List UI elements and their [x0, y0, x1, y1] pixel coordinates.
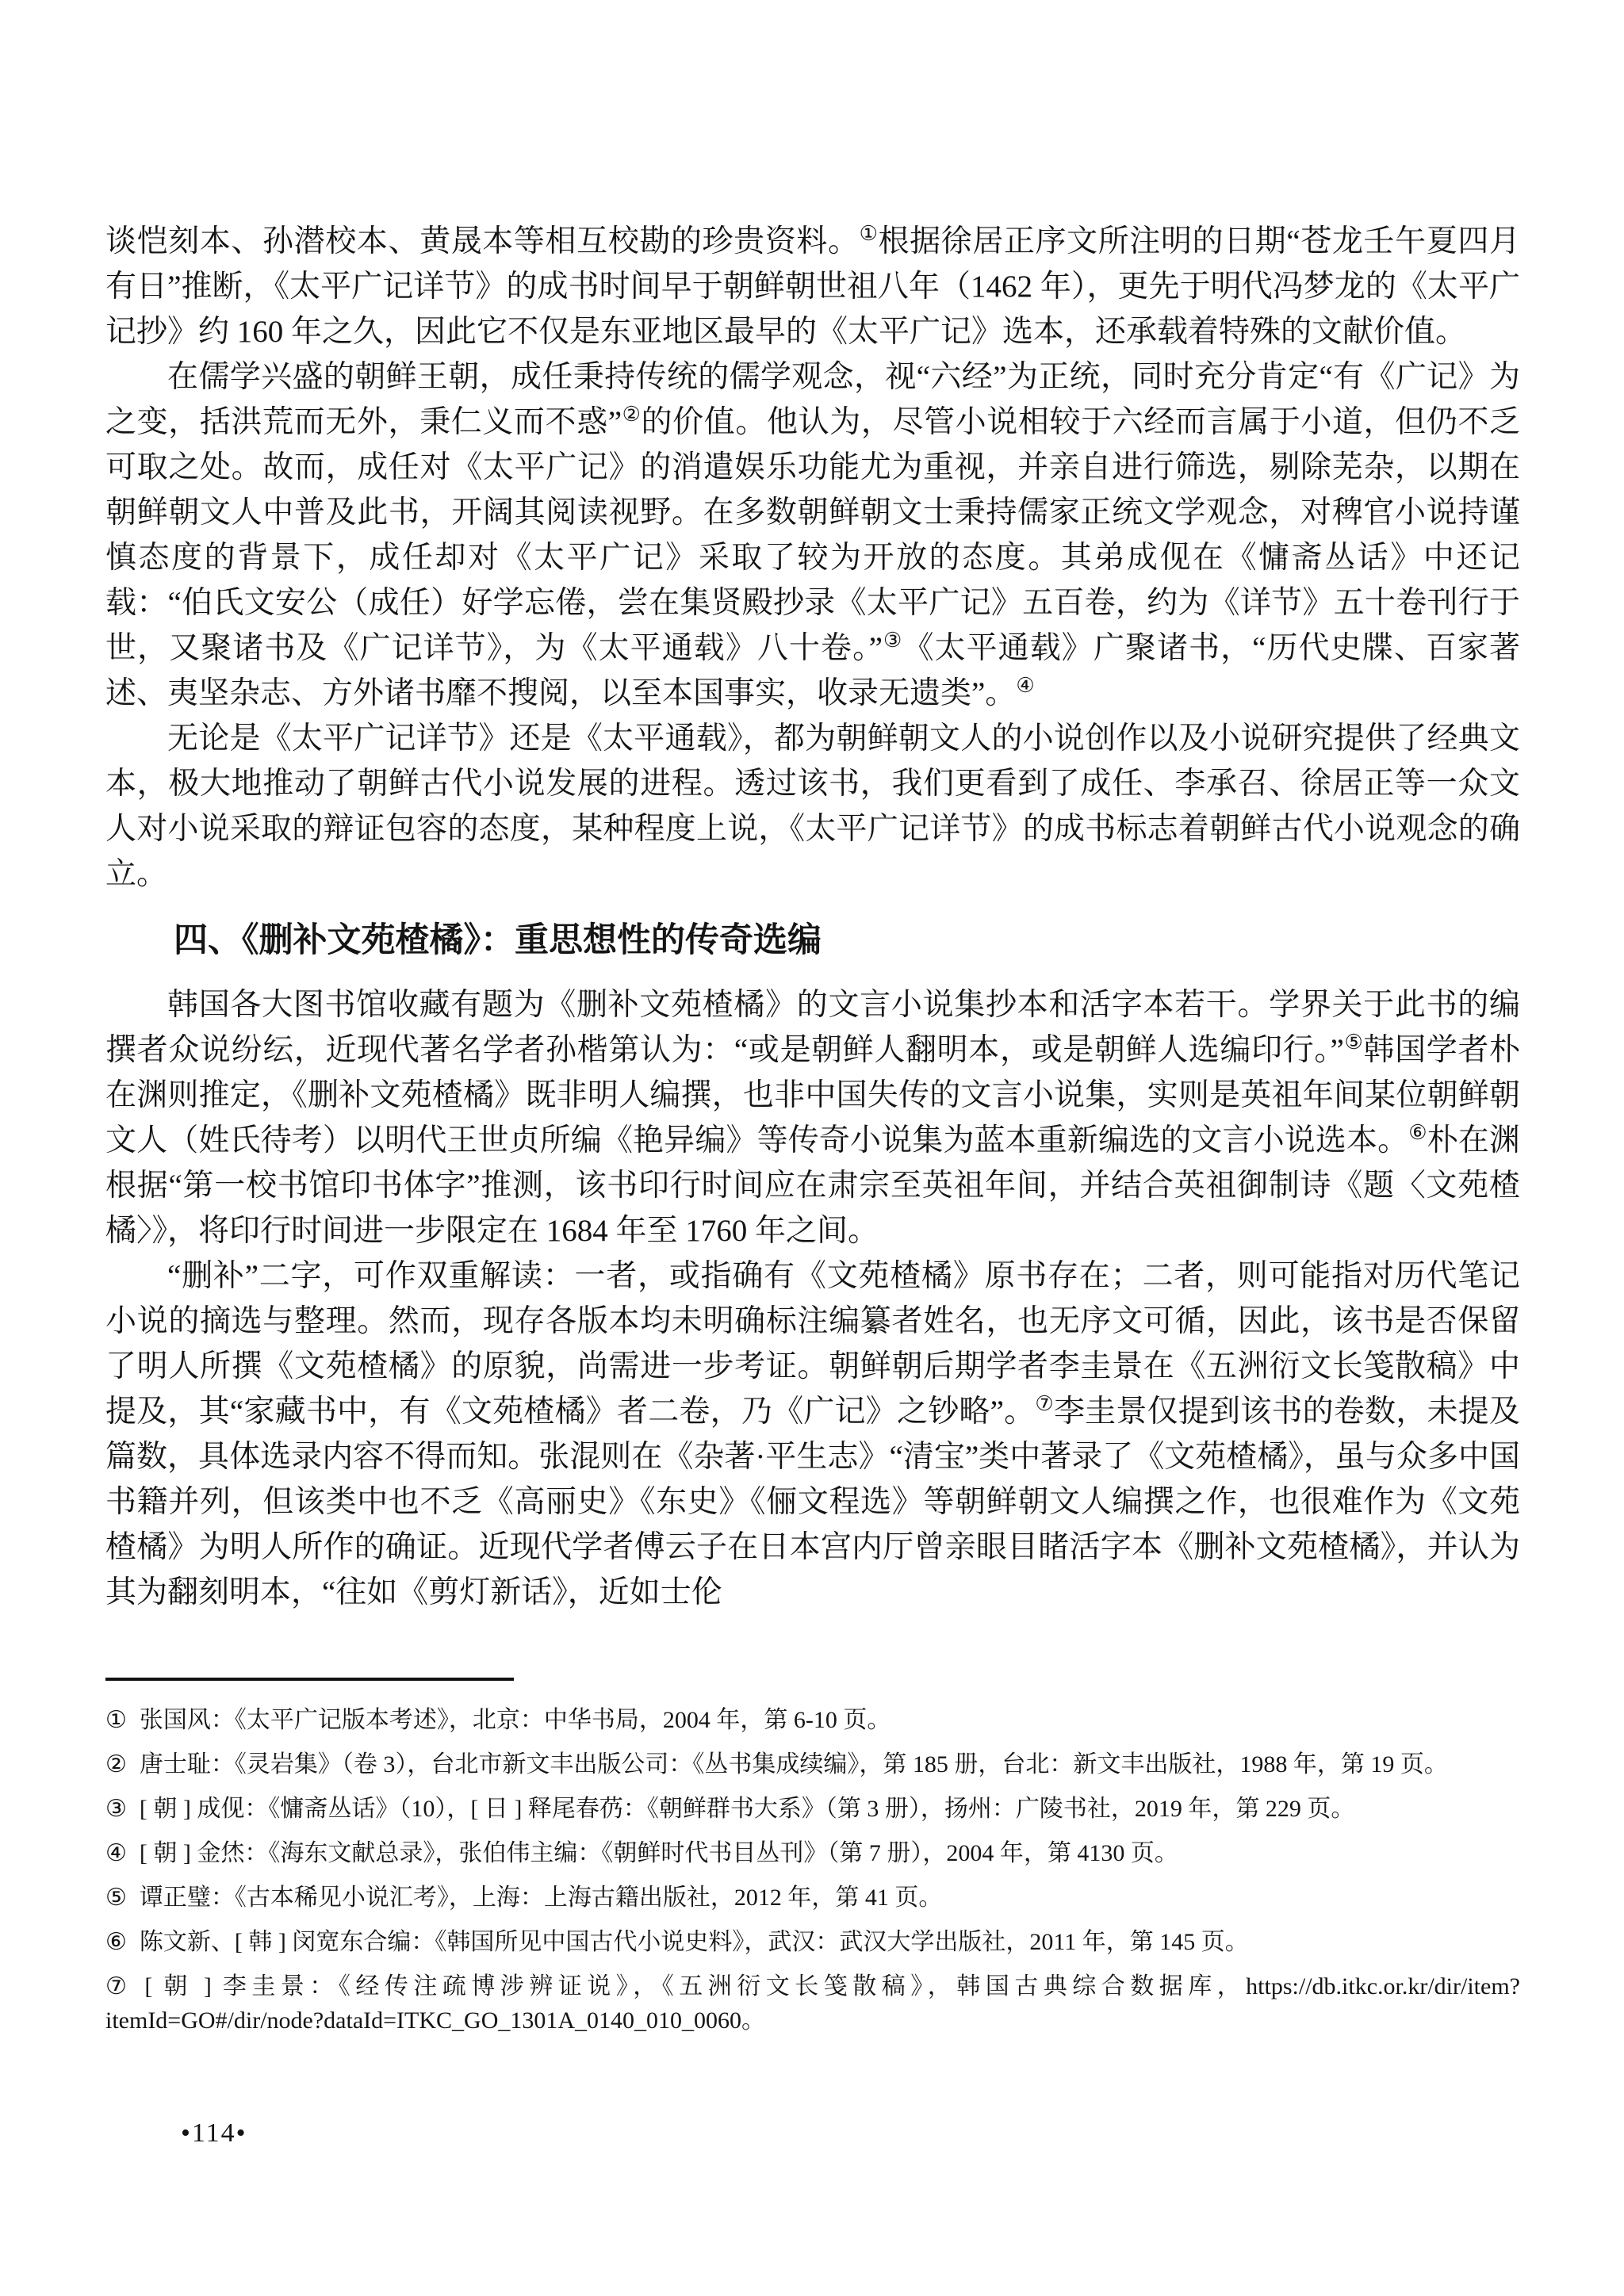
footnote-marker: ⑦ [105, 1973, 132, 1999]
footnote-item: ④[ 朝 ] 金烋：《海东文献总录》，张伯伟主编：《朝鲜时代书目丛刊》（第 7 … [105, 1836, 1520, 1870]
document-page: 谈恺刻本、孙潜校本、黄晟本等相互校勘的珍贵资料。①根据徐居正序文所注明的日期“苍… [0, 0, 1624, 2296]
footnote-marker: ⑥ [105, 1929, 127, 1955]
footnote-ref: ⑥ [1408, 1121, 1427, 1144]
footnote-list: ①张国风：《太平广记版本考述》，北京：中华书局，2004 年，第 6-10 页。… [105, 1703, 1520, 2038]
footnote-marker: ② [105, 1751, 127, 1777]
footnote-item: ①张国风：《太平广记版本考述》，北京：中华书局，2004 年，第 6-10 页。 [105, 1703, 1520, 1737]
footnote-text: 谭正璧：《古本稀见小说汇考》，上海：上海古籍出版社，2012 年，第 41 页。 [140, 1885, 943, 1911]
section-heading: 四、《删补文苑楂橘》：重思想性的传奇选编 [105, 917, 1520, 963]
footnote-section: ①张国风：《太平广记版本考述》，北京：中华书局，2004 年，第 6-10 页。… [105, 1678, 1520, 2112]
footnote-marker: ⑤ [105, 1885, 127, 1911]
footnote-ref: ③ [883, 629, 902, 652]
footnote-ref: ④ [1016, 674, 1034, 697]
footnote-divider [105, 1678, 514, 1681]
footnote-text: 唐士耻：《灵岩集》（卷 3），台北市新文丰出版公司：《丛书集成续编》，第 185… [140, 1751, 1448, 1777]
footnote-text: [ 朝 ] 李圭景：《经传注疏博涉辨证说》，《五洲衍文长笺散稿》，韩国古典综合数… [105, 1973, 1520, 2034]
footnote-item: ②唐士耻：《灵岩集》（卷 3），台北市新文丰出版公司：《丛书集成续编》，第 18… [105, 1747, 1520, 1781]
footnote-marker: ① [105, 1707, 127, 1733]
footnote-item: ⑥陈文新、[ 韩 ] 闵宽东合编：《韩国所见中国古代小说史料》，武汉：武汉大学出… [105, 1925, 1520, 1959]
paragraph: 在儒学兴盛的朝鲜王朝，成任秉持传统的儒学观念，视“六经”为正统，同时充分肯定“有… [105, 354, 1520, 716]
paragraph: 韩国各大图书馆收藏有题为《删补文苑楂橘》的文言小说集抄本和活字本若干。学界关于此… [105, 982, 1520, 1253]
footnote-text: [ 朝 ] 金烋：《海东文献总录》，张伯伟主编：《朝鲜时代书目丛刊》（第 7 册… [140, 1840, 1178, 1866]
paragraph: 无论是《太平广记详节》还是《太平通载》，都为朝鲜朝文人的小说创作以及小说研究提供… [105, 716, 1520, 897]
footnote-ref: ⑦ [1035, 1392, 1054, 1415]
footnote-item: ③[ 朝 ] 成伣：《慵斋丛话》（10），[ 日 ] 释尾春芿：《朝鲜群书大系》… [105, 1792, 1520, 1826]
footnote-ref: ⑤ [1344, 1031, 1364, 1054]
footnote-item: ⑦[ 朝 ] 李圭景：《经传注疏博涉辨证说》，《五洲衍文长笺散稿》，韩国古典综合… [105, 1969, 1520, 2038]
footnote-marker: ③ [105, 1796, 127, 1822]
paragraph: “删补”二字，可作双重解读：一者，或指确有《文苑楂橘》原书存在；二者，则可能指对… [105, 1253, 1520, 1615]
footnote-text: [ 朝 ] 成伣：《慵斋丛话》（10），[ 日 ] 释尾春芿：《朝鲜群书大系》（… [140, 1796, 1354, 1822]
footnote-text: 张国风：《太平广记版本考述》，北京：中华书局，2004 年，第 6-10 页。 [140, 1707, 891, 1733]
footnote-item: ⑤谭正璧：《古本稀见小说汇考》，上海：上海古籍出版社，2012 年，第 41 页… [105, 1881, 1520, 1915]
footnote-ref: ② [622, 403, 642, 426]
article-body: 谈恺刻本、孙潜校本、黄晟本等相互校勘的珍贵资料。①根据徐居正序文所注明的日期“苍… [105, 219, 1520, 1682]
page-number: •114• [181, 2118, 247, 2149]
footnote-ref: ① [860, 222, 879, 245]
footnote-text: 陈文新、[ 韩 ] 闵宽东合编：《韩国所见中国古代小说史料》，武汉：武汉大学出版… [140, 1929, 1249, 1955]
footnote-marker: ④ [105, 1840, 127, 1866]
paragraph: 谈恺刻本、孙潜校本、黄晟本等相互校勘的珍贵资料。①根据徐居正序文所注明的日期“苍… [105, 219, 1520, 354]
